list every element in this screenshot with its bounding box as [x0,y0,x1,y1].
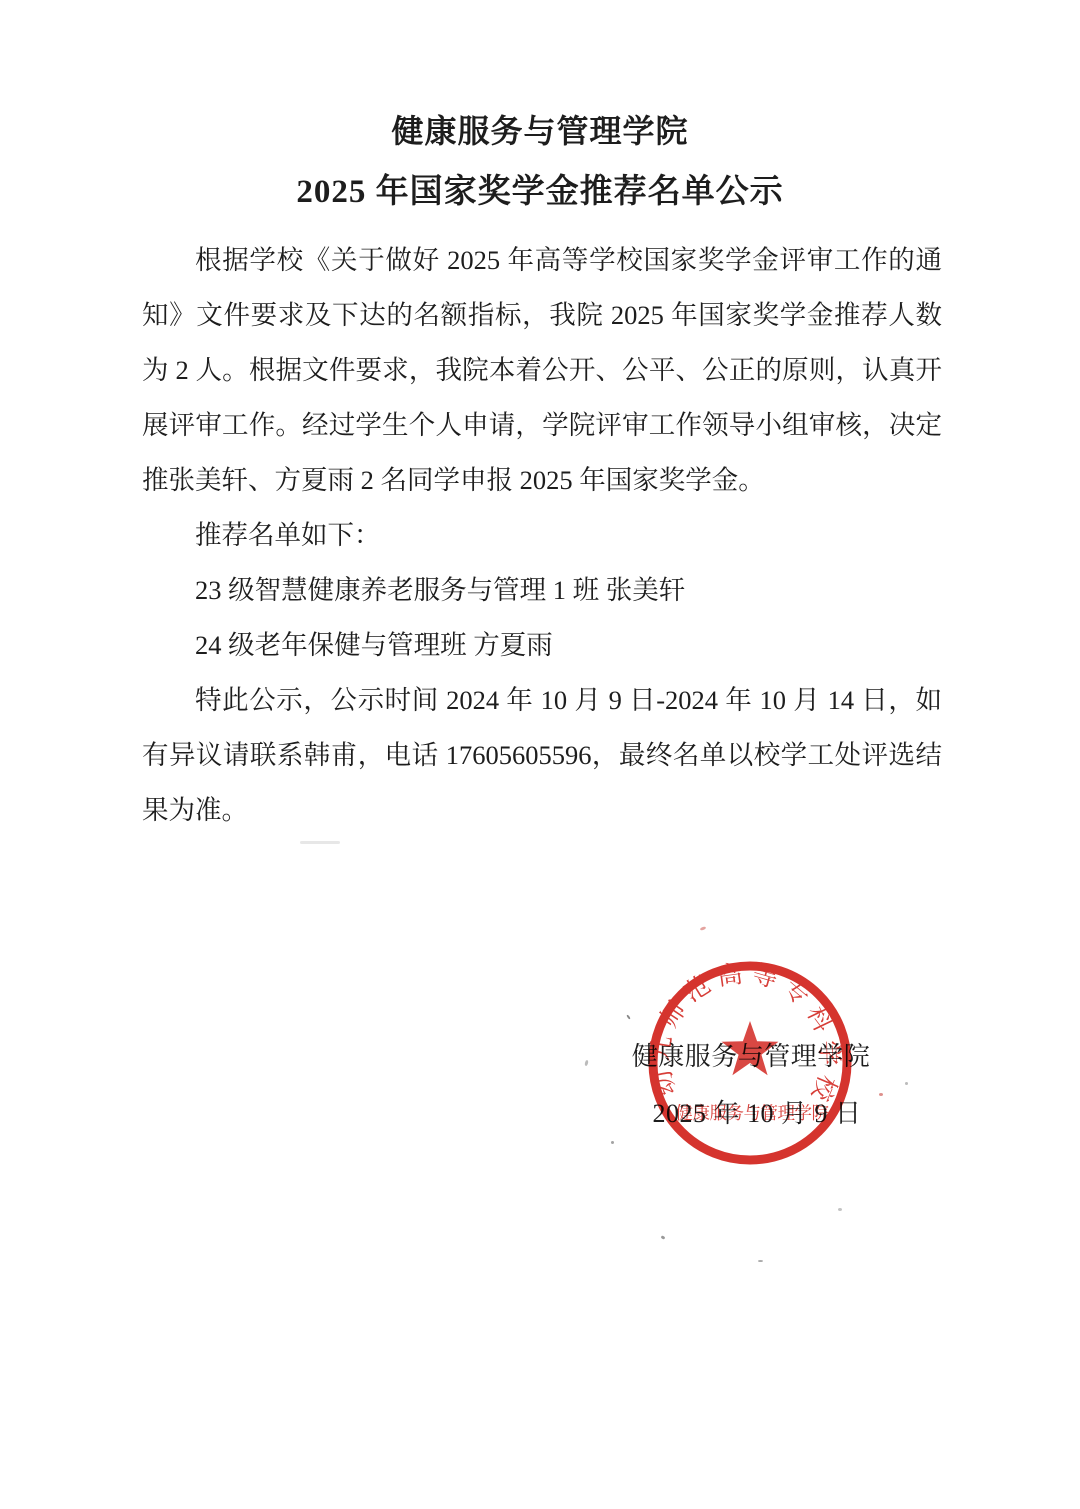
body-line: 为 2 人。根据文件要求，我院本着公开、公平、公正的原则，认真开 [142,343,942,398]
body-line: 有异议请联系韩甫，电话 17605605596，最终名单以校学工处评选结 [142,728,942,783]
official-seal: 幼儿师范高等专科学校 健康服务与管理学院 [640,953,860,1173]
announcement-document: 健康服务与管理学院 2025 年国家奖学金推荐名单公示 根据学校《关于做好 20… [0,0,1080,1509]
ink-speckle [661,1235,666,1240]
ink-speckle [584,1060,588,1067]
ink-speckle [700,926,707,931]
body-line: 根据学校《关于做好 2025 年高等学校国家奖学金评审工作的通 [142,233,942,288]
body-line: 知》文件要求及下达的名额指标，我院 2025 年国家奖学金推荐人数 [142,288,942,343]
ink-speckle [300,841,340,844]
body-line: 展评审工作。经过学生个人申请，学院评审工作领导小组审核，决定 [142,398,942,453]
body-line: 23 级智慧健康养老服务与管理 1 班 张美轩 [142,563,942,618]
document-title: 健康服务与管理学院 [0,108,1080,154]
seal-bottom-text: 健康服务与管理学院 [676,1103,829,1123]
body-line: 推张美轩、方夏雨 2 名同学申报 2025 年国家奖学金。 [142,453,942,508]
seal-arc-text: 幼儿师范高等专科学校 [646,959,843,1111]
body-text: 根据学校《关于做好 2025 年高等学校国家奖学金评审工作的通知》文件要求及下达… [142,233,942,838]
body-line: 果为准。 [142,783,942,838]
ink-speckle [626,1014,631,1019]
body-line: 推荐名单如下： [142,508,942,563]
ink-speckle [905,1082,908,1085]
ink-speckle [879,1093,883,1096]
ink-speckle [838,1208,842,1211]
star-icon [722,1021,779,1075]
body-line: 24 级老年保健与管理班 方夏雨 [142,618,942,673]
body-line: 特此公示，公示时间 2024 年 10 月 9 日-2024 年 10 月 14… [142,673,942,728]
ink-speckle [758,1260,763,1262]
ink-speckle [611,1141,614,1144]
document-subtitle: 2025 年国家奖学金推荐名单公示 [0,168,1080,216]
